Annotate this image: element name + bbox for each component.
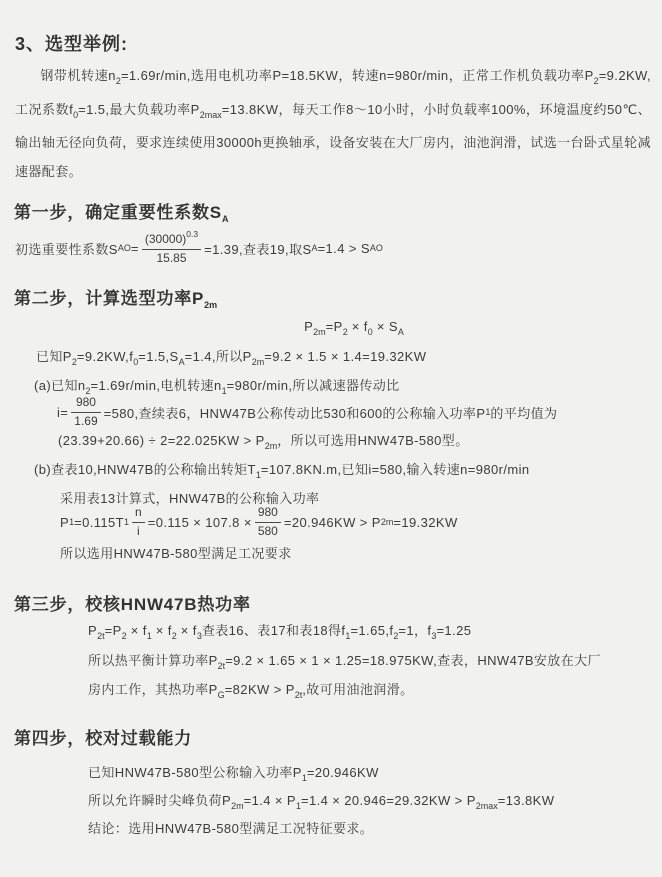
step2-item-b: (b)查表10,HNW47B的公称输出转矩T1=107.8KN.m,已知i=58… — [34, 459, 530, 480]
step4-peak-load-line: 所以允许瞬时尖峰负荷P2m=1.4 × P1=1.4 × 20.946=29.3… — [88, 790, 554, 811]
step2-item-b-conclusion: 所以选用HNW47B-580型满足工况要求 — [60, 543, 292, 562]
step3-calculation-line: 所以热平衡计算功率P2t=9.2 × 1.65 × 1 × 1.25=18.97… — [88, 650, 601, 671]
step4-known-line: 已知HNW47B-580型公称输入功率P1=20.946KW — [88, 762, 379, 783]
step4-conclusion-line: 结论：选用HNW47B-580型满足工况特征要求。 — [88, 818, 373, 837]
step4-heading: 第四步，校对过载能力 — [14, 724, 192, 749]
step2-formula: P2m=P2 × f0 × SA — [0, 319, 662, 337]
step3-heading: 第三步，校核HNW47B热功率 — [14, 590, 251, 615]
document-page: 3、选型举例: 钢带机转速n2=1.69r/min,选用电机功率P=18.5KW… — [0, 0, 662, 877]
step3-formula-line: P2t=P2 × f1 × f2 × f3查表16、表17和表18得f1=1.6… — [88, 620, 471, 641]
step2-item-b-calculation: P1=0.115T1ni =0.115 × 107.8 × 980580 =20… — [60, 502, 458, 542]
step2-item-a-ratio: i= 9801.69 =580,查续表6，HNW47B公称传动比530和600的… — [57, 392, 557, 432]
step1-body: 初选重要性系数SAO=(30000)0.315.85 =1.39,查表19,取S… — [15, 226, 383, 270]
step2-known-values: 已知P2=9.2KW,f0=1.5,SA=1.4,所以P2m=9.2 × 1.5… — [36, 346, 426, 367]
step2-heading: 第二步，计算选型功率P2m — [14, 284, 217, 310]
step2-item-a-result: (23.39+20.66) ÷ 2=22.025KW > P2m，所以可选用HN… — [58, 430, 469, 451]
intro-paragraph: 钢带机转速n2=1.69r/min,选用电机功率P=18.5KW，转速n=980… — [15, 62, 651, 186]
page-title: 3、选型举例: — [15, 30, 128, 56]
step1-heading: 第一步，确定重要性系数SA — [14, 198, 228, 224]
step3-conclusion-line: 房内工作，其热功率PG=82KW > P2t,故可用油池润滑。 — [88, 679, 414, 700]
